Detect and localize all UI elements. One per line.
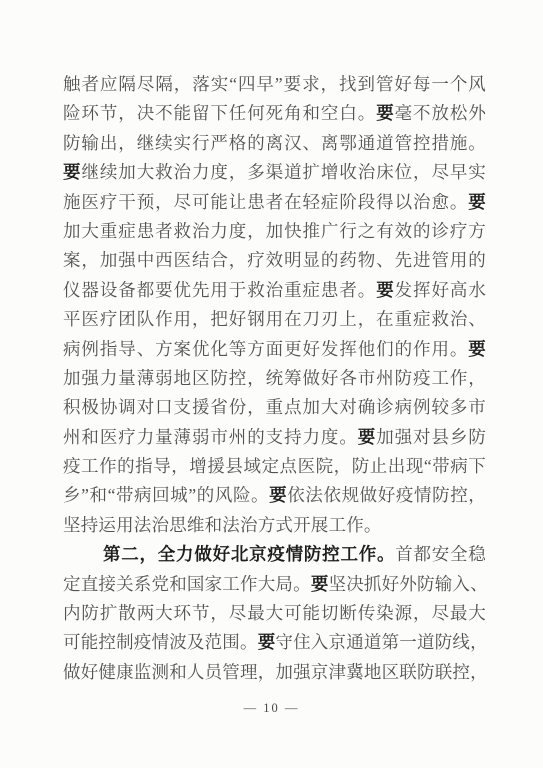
body-text: 坚决抓好外防输入、 [329, 574, 488, 594]
body-text: 坚持运用法治思维和法治方式开展工作。 [63, 515, 382, 535]
text-line: 乡”和“带病回城”的风险。要依法依规做好疫情防控， [63, 481, 486, 510]
body-text: 病例指导、方案优化等方面更好发挥他们的作用。 [63, 339, 468, 359]
body-text: 加强力量薄弱地区防控，统筹做好各市州防疫工作， [63, 368, 486, 388]
text-line: 积极协调对口支援省份，重点加大对确诊病例较多市 [63, 393, 486, 422]
emphasis-text: 要 [269, 485, 287, 505]
document-page: 触者应隔尽隔，落实“四早”要求，找到管好每一个风险环节，决不能留下任何死角和空白… [0, 0, 543, 768]
body-text: 施医疗干预，尽可能让患者在轻症阶段得以治愈。 [63, 192, 468, 212]
body-text: 发挥好高水 [395, 280, 486, 300]
text-line: 触者应隔尽隔，落实“四早”要求，找到管好每一个风 [63, 70, 486, 99]
text-line: 病例指导、方案优化等方面更好发挥他们的作用。要 [63, 335, 486, 364]
body-text: 毫不放松外 [395, 103, 486, 123]
body-text: 加强对县乡防 [376, 427, 486, 447]
text-line: 仪器设备都要优先用于救治重症患者。要发挥好高水 [63, 276, 486, 305]
text-line: 疫工作的指导，增援县域定点医院，防止出现“带病下 [63, 452, 486, 481]
body-text: 可能控制疫情波及范围。 [63, 632, 258, 652]
body-text: 做好健康监测和人员管理，加强京津冀地区联防联控， [63, 662, 488, 682]
emphasis-text: 要 [376, 103, 394, 123]
document-body: 触者应隔尽隔，落实“四早”要求，找到管好每一个风险环节，决不能留下任何死角和空白… [63, 70, 486, 687]
body-text: 仪器设备都要优先用于救治重症患者。 [63, 280, 376, 300]
text-line: 施医疗干预，尽可能让患者在轻症阶段得以治愈。要 [63, 188, 486, 217]
text-line: 要继续加大救治力度，多渠道扩增收治床位，尽早实 [63, 158, 486, 187]
body-text: 疫工作的指导，增援县域定点医院，防止出现“带病下 [63, 456, 486, 476]
body-text: 平医疗团队作用，把好钢用在刀刃上，在重症救治、 [63, 309, 486, 329]
text-line: 案，加强中西医结合，疗效明显的药物、先进管用的 [63, 246, 486, 275]
emphasis-text: 要 [468, 192, 486, 212]
text-line: 定直接关系党和国家工作大局。要坚决抓好外防输入、 [63, 570, 486, 599]
body-text: 内防扩散两大环节，尽最大可能切断传染源，尽最大 [63, 603, 486, 623]
text-line: 防输出，继续实行严格的离汉、离鄂通道管控措施。 [63, 129, 486, 158]
text-line: 坚持运用法治思维和法治方式开展工作。 [63, 511, 486, 540]
page-footer: — 10 — [0, 699, 543, 717]
body-text: 积极协调对口支援省份，重点加大对确诊病例较多市 [63, 397, 486, 417]
text-line: 平医疗团队作用，把好钢用在刀刃上，在重症救治、 [63, 305, 486, 334]
page-number: — 10 — [244, 701, 300, 716]
body-text: 州和医疗力量薄弱市州的支持力度。 [63, 427, 358, 447]
body-text: 险环节，决不能留下任何死角和空白。 [63, 103, 376, 123]
body-text: 加大重症患者救治力度，加快推广行之有效的诊疗方 [63, 221, 486, 241]
text-line: 加强力量薄弱地区防控，统筹做好各市州防疫工作， [63, 364, 486, 393]
body-text: 依法依规做好疫情防控， [287, 485, 486, 505]
emphasis-text: 要 [358, 427, 376, 447]
text-line: 内防扩散两大环节，尽最大可能切断传染源，尽最大 [63, 599, 486, 628]
text-line: 险环节，决不能留下任何死角和空白。要毫不放松外 [63, 99, 486, 128]
emphasis-text: 要 [258, 632, 276, 652]
text-line: 第二，全力做好北京疫情防控工作。首都安全稳 [63, 540, 486, 569]
text-line: 加大重症患者救治力度，加快推广行之有效的诊疗方 [63, 217, 486, 246]
emphasis-text: 要 [63, 162, 81, 182]
emphasis-text: 第二，全力做好北京疫情防控工作。 [103, 544, 395, 564]
emphasis-text: 要 [376, 280, 394, 300]
text-line: 做好健康监测和人员管理，加强京津冀地区联防联控， [63, 658, 486, 687]
body-text: 案，加强中西医结合，疗效明显的药物、先进管用的 [63, 250, 486, 270]
body-text: 继续加大救治力度，多渠道扩增收治床位，尽早实 [81, 162, 486, 182]
body-text: 防输出，继续实行严格的离汉、离鄂通道管控措施。 [63, 133, 486, 153]
body-text: 触者应隔尽隔，落实“四早”要求，找到管好每一个风 [63, 74, 486, 94]
body-text: 定直接关系党和国家工作大局。 [63, 574, 311, 594]
text-line: 州和医疗力量薄弱市州的支持力度。要加强对县乡防 [63, 423, 486, 452]
body-text: 乡”和“带病回城”的风险。 [63, 485, 269, 505]
body-text: 守住入京通道第一道防线， [275, 632, 487, 652]
body-text: 首都安全稳 [395, 544, 486, 564]
text-line: 可能控制疫情波及范围。要守住入京通道第一道防线， [63, 628, 486, 657]
emphasis-text: 要 [311, 574, 329, 594]
emphasis-text: 要 [468, 339, 486, 359]
